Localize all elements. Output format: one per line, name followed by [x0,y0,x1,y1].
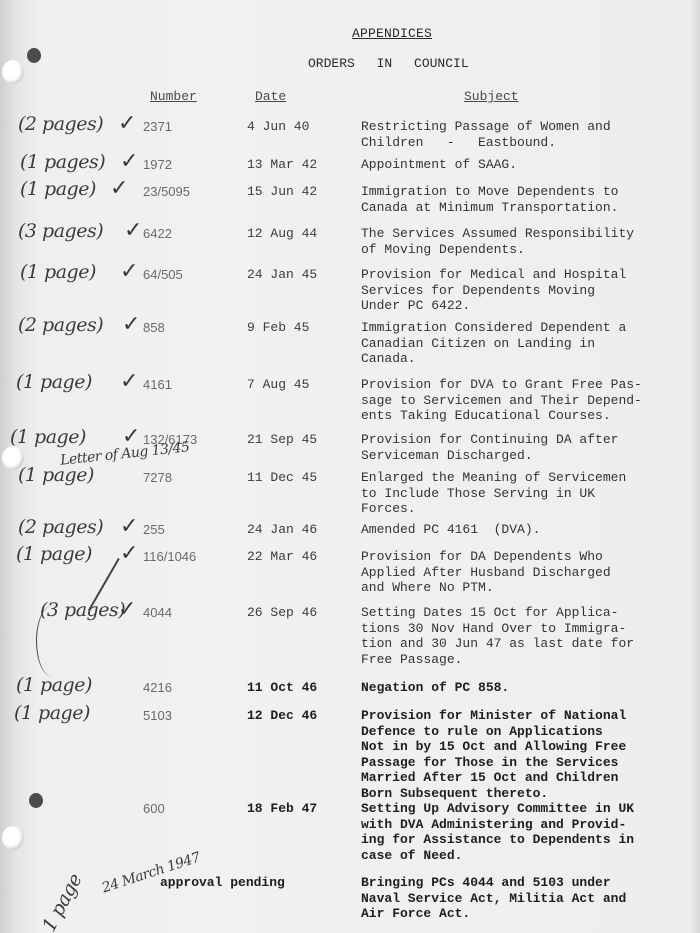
page-count-annotation: (2 pages) [18,314,103,336]
order-date: 26 Sep 46 [247,605,317,620]
page-count-annotation: (1 page) [16,543,92,565]
page-count-annotation: (1 page) [18,464,94,486]
order-number: 600 [143,801,165,816]
order-number: 6422 [143,226,172,241]
order-subject: The Services Assumed Responsibility of M… [361,226,691,257]
order-number: 23/5095 [143,184,190,199]
order-date: 7 Aug 45 [247,377,309,392]
checkmark-icon: ✓ [124,218,142,243]
order-date: 15 Jun 42 [247,184,317,199]
order-date: 18 Feb 47 [247,801,317,816]
order-date: 11 Dec 45 [247,470,317,485]
order-number: 4044 [143,605,172,620]
page-count-annotation: (1 page) [10,426,86,448]
order-number: 255 [143,522,165,537]
order-subject: Bringing PCs 4044 and 5103 under Naval S… [361,875,691,922]
order-date: 13 Mar 42 [247,157,317,172]
order-date: 24 Jan 45 [247,267,317,282]
order-number: 5103 [143,708,172,723]
column-header-subject: Subject [464,89,519,104]
order-subject: Appointment of SAAG. [361,157,691,173]
order-number: 2371 [143,119,172,134]
order-number: 116/1046 [143,549,196,564]
punch-mark [29,793,43,808]
order-number: 858 [143,320,165,335]
order-subject: Restricting Passage of Women and Childre… [361,119,691,150]
order-number: 4216 [143,680,172,695]
order-date: 22 Mar 46 [247,549,317,564]
order-subject: Provision for Continuing DA after Servic… [361,432,691,463]
order-subject: Setting Up Advisory Committee in UK with… [361,801,691,863]
document-subtitle: ORDERS IN COUNCIL [308,56,469,71]
order-subject: Provision for Minister of National Defen… [361,708,691,801]
order-number: 4161 [143,377,172,392]
handwritten-bracket [36,606,67,676]
checkmark-icon: ✓ [118,597,136,622]
order-subject: Provision for DVA to Grant Free Pas- sag… [361,377,691,424]
column-header-date: Date [255,89,286,104]
order-subject: Immigration Considered Dependent a Canad… [361,320,691,367]
order-subject: Provision for DA Dependents Who Applied … [361,549,691,596]
order-subject: Negation of PC 858. [361,680,691,696]
checkmark-icon: ✓ [118,111,136,136]
order-date: approval pending [160,875,285,890]
checkmark-icon: ✓ [120,259,138,284]
order-subject: Enlarged the Meaning of Servicemen to In… [361,470,691,517]
page-count-annotation: (2 pages) [18,516,103,538]
checkmark-icon: ✓ [110,176,128,201]
binder-hole [2,826,24,850]
order-number: 64/505 [143,267,183,282]
page-count-annotation: (1 page) [14,702,90,724]
checkmark-icon: ✓ [120,369,138,394]
order-subject: Setting Dates 15 Oct for Applica- tions … [361,605,691,667]
page-count-annotation: (1 page) [20,178,96,200]
column-header-number: Number [150,89,197,104]
order-subject: Provision for Medical and Hospital Servi… [361,267,691,314]
checkmark-icon: ✓ [120,514,138,539]
checkmark-icon: ✓ [120,149,138,174]
order-number: 7278 [143,470,172,485]
order-date: 12 Dec 46 [247,708,317,723]
order-date: 11 Oct 46 [247,680,317,695]
punch-mark [27,48,41,63]
order-date: 24 Jan 46 [247,522,317,537]
order-date: 21 Sep 45 [247,432,317,447]
page-count-annotation: 1 page [38,870,87,933]
order-date: 9 Feb 45 [247,320,309,335]
binder-hole [2,60,24,84]
document-title: APPENDICES [352,26,432,41]
order-subject: Immigration to Move Dependents to Canada… [361,184,691,215]
order-subject: Amended PC 4161 (DVA). [361,522,691,538]
checkmark-icon: ✓ [122,312,140,337]
order-date: 4 Jun 40 [247,119,309,134]
page-count-annotation: (1 pages) [20,151,105,173]
page-count-annotation: (3 pages) [18,220,103,242]
page-count-annotation: (1 page) [16,674,92,696]
document-page: APPENDICES ORDERS IN COUNCIL Number Date… [0,0,700,933]
page-count-annotation: (1 page) [16,371,92,393]
page-count-annotation: (2 pages) [18,113,103,135]
checkmark-icon: ✓ [120,541,138,566]
page-count-annotation: (1 page) [20,261,96,283]
order-date: 12 Aug 44 [247,226,317,241]
order-number: 1972 [143,157,172,172]
